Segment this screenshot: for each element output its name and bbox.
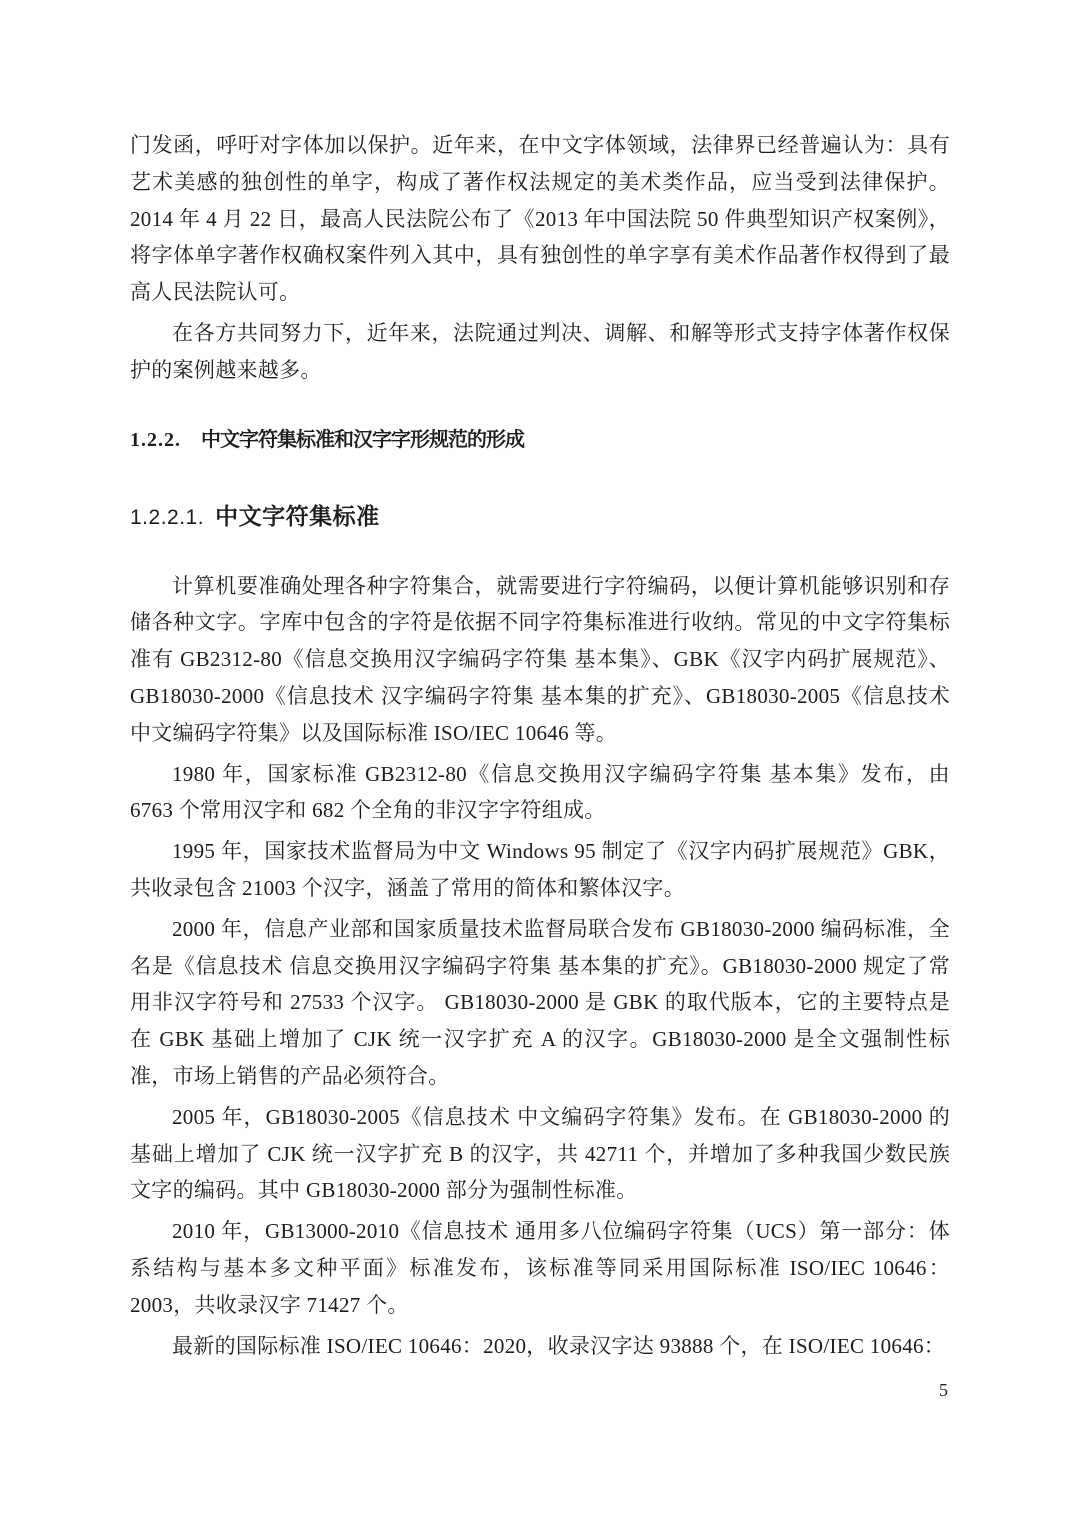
- subsection-number: 1.2.2.1.: [130, 506, 204, 529]
- document-page: 门发函，呼吁对字体加以保护。近年来，在中文字体领域，法律界已经普遍认为：具有艺术…: [0, 0, 1080, 1527]
- page-number: 5: [130, 1378, 948, 1402]
- section-number: 1.2.2.: [130, 429, 181, 451]
- body-paragraph: 在各方共同努力下，近年来，法院通过判决、调解、和解等形式支持字体著作权保护的案例…: [130, 315, 950, 389]
- document-body: 门发函，呼吁对字体加以保护。近年来，在中文字体领域，法律界已经普遍认为：具有艺术…: [130, 127, 950, 1364]
- section-title: 中文字符集标准和汉字字形规范的形成: [201, 429, 524, 451]
- body-paragraph: 2005 年，GB18030-2005《信息技术 中文编码字符集》发布。在 GB…: [130, 1099, 950, 1209]
- body-paragraph: 2010 年，GB13000-2010《信息技术 通用多八位编码字符集（UCS）…: [130, 1213, 950, 1323]
- subsection-heading: 1.2.2.1.中文字符集标准: [130, 500, 950, 534]
- body-paragraph: 1995 年，国家技术监督局为中文 Windows 95 制定了《汉字内码扩展规…: [130, 833, 950, 907]
- body-paragraph: 2000 年，信息产业部和国家质量技术监督局联合发布 GB18030-2000 …: [130, 911, 950, 1095]
- section-heading: 1.2.2.中文字符集标准和汉字字形规范的形成: [130, 425, 950, 455]
- body-paragraph: 计算机要准确处理各种字符集合，就需要进行字符编码，以便计算机能够识别和存储各种文…: [130, 568, 950, 752]
- body-paragraph: 门发函，呼吁对字体加以保护。近年来，在中文字体领域，法律界已经普遍认为：具有艺术…: [130, 127, 950, 311]
- subsection-title: 中文字符集标准: [215, 503, 380, 529]
- body-paragraph: 最新的国际标准 ISO/IEC 10646：2020，收录汉字达 93888 个…: [130, 1328, 950, 1365]
- body-paragraph: 1980 年，国家标准 GB2312-80《信息交换用汉字编码字符集 基本集》发…: [130, 756, 950, 830]
